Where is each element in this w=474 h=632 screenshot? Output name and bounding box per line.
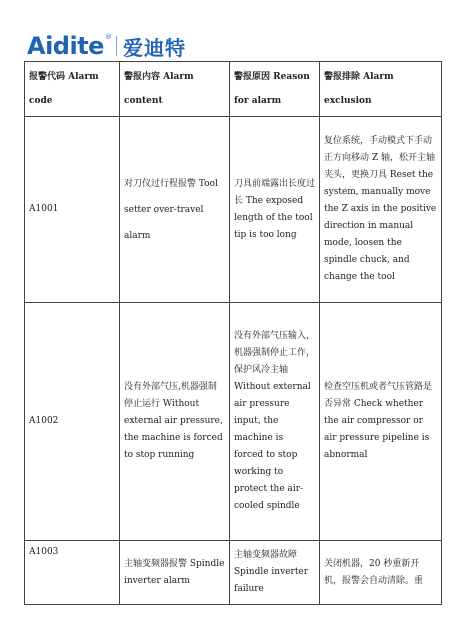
alarm-content: 对刀仪过行程报警 Tool setter over-travel alarm — [120, 117, 230, 303]
table-row: A1002 没有外部气压,机器强制停止运行 Without external a… — [25, 303, 442, 541]
alarm-content: 主轴变频器报警 Spindle inverter alarm — [120, 541, 230, 605]
alarm-exclusion: 关闭机器，20 秒重新开机，报警会自动清除。重 — [320, 541, 442, 605]
logo-divider — [116, 36, 117, 56]
alarm-table: 报警代码 Alarm code 警报内容 Alarm content 警报原因 … — [24, 61, 442, 605]
logo-brand-cn: 爱迪特 — [123, 32, 186, 61]
header-reason: 警报原因 Reason for alarm — [230, 62, 320, 117]
alarm-reason: 主轴变频器故障 Spindle inverter failure — [230, 541, 320, 605]
registered-mark-icon: ® — [105, 33, 112, 41]
table-row: A1001 对刀仪过行程报警 Tool setter over-travel a… — [25, 117, 442, 303]
alarm-reason: 刀具前端露出长度过长 The exposed length of the too… — [230, 117, 320, 303]
alarm-content: 没有外部气压,机器强制停止运行 Without external air pre… — [120, 303, 230, 541]
logo-brand-en: Aidite — [27, 32, 104, 60]
alarm-code: A1002 — [25, 303, 120, 541]
header-alarm-content: 警报内容 Alarm content — [120, 62, 230, 117]
aidite-logo: Aidite ® 爱迪特 — [27, 32, 186, 60]
header-exclusion: 警报排除 Alarm exclusion — [320, 62, 442, 117]
alarm-exclusion: 复位系统，手动模式下手动正方向移动 Z 轴，松开主轴夹头，更换刀具 Reset … — [320, 117, 442, 303]
alarm-exclusion: 检查空压机或者气压管路是否异常 Check whether the air co… — [320, 303, 442, 541]
table-row: A1003 主轴变频器报警 Spindle inverter alarm 主轴变… — [25, 541, 442, 605]
header-alarm-code: 报警代码 Alarm code — [25, 62, 120, 117]
table-header-row: 报警代码 Alarm code 警报内容 Alarm content 警报原因 … — [25, 62, 442, 117]
alarm-code: A1001 — [25, 117, 120, 303]
alarm-code: A1003 — [25, 541, 120, 605]
alarm-reason: 没有外部气压输入，机器强制停止工作，保护风冷主轴 Without externa… — [230, 303, 320, 541]
